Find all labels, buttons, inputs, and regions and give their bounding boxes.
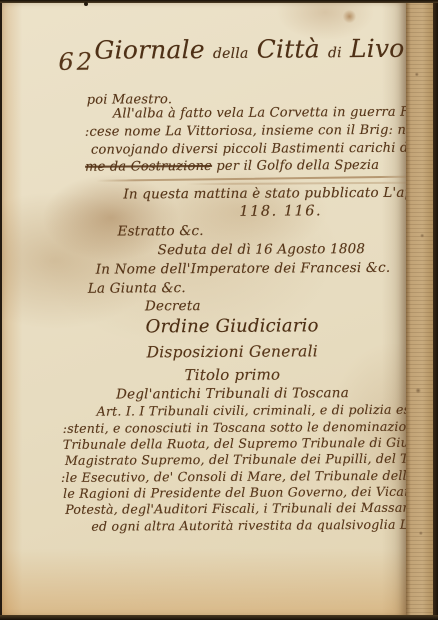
- article-line: :stenti, e conosciuti in Toscana sotto l…: [63, 419, 436, 436]
- heading-ordine-giudiciario: Ordine Giudiciario: [72, 315, 392, 338]
- publication-line: In questa mattina è stato pubblicato L'a…: [123, 185, 430, 203]
- heading-disposizioni-generali: Disposizioni Generali: [72, 342, 392, 362]
- photo-edge-top: [0, 0, 438, 3]
- book-fore-edge-pages: [406, 0, 433, 620]
- ink-speck: [84, 2, 88, 6]
- article-line: Tribunale della Ruota, del Supremo Tribu…: [63, 434, 438, 452]
- article-line: Art. I. I Tribunali civili, criminali, e…: [97, 402, 419, 419]
- photo-edge-bottom: [0, 615, 438, 620]
- title-word: Città: [257, 34, 320, 63]
- entry-line-struck: me da Costruzione per il Golfo della Spe…: [85, 158, 379, 175]
- giunta-line: La Giunta &c.: [88, 280, 186, 297]
- book-cover-edge: [433, 0, 438, 620]
- title-word: della: [213, 46, 249, 62]
- article-line: le Ragioni di Presidente del Buon Govern…: [63, 484, 438, 501]
- article-line: Potestà, degl'Auditori Fiscali, i Tribun…: [65, 500, 411, 517]
- title-word: Giornale: [94, 35, 205, 65]
- struck-text: me da Costruzione: [85, 159, 212, 175]
- title-word: di: [328, 45, 342, 61]
- heading-titolo-primo: Titolo primo: [72, 365, 392, 385]
- estratto-line: Estratto &c.: [117, 223, 203, 240]
- seduta-date-line: Seduta del dì 16 Agosto 1808: [158, 241, 366, 258]
- entry-line: All'alba à fatto vela La Corvetta in gue…: [113, 105, 437, 122]
- article-line: Magistrato Supremo, del Tribunale dei Pu…: [65, 450, 438, 467]
- entry-line: :cese nome La Vittoriosa, insieme con il…: [85, 123, 435, 140]
- page-number: 62: [58, 48, 95, 76]
- article-line: :le Esecutivo, de' Consoli di Mare, del …: [61, 467, 438, 484]
- reference-numbers: 118. 116.: [239, 203, 322, 220]
- decreta-line: Decreta: [145, 298, 201, 314]
- entry-line: convojando diversi piccoli Bastimenti ca…: [91, 140, 438, 157]
- journal-title: Giornale della Città di Livorno: [94, 34, 438, 65]
- manuscript-page: 62 Giornale della Città di Livorno poi M…: [2, 3, 406, 616]
- ruled-line: [96, 176, 418, 182]
- book-photo: 62 Giornale della Città di Livorno poi M…: [0, 0, 438, 620]
- handwritten-text-layer: 62 Giornale della Città di Livorno poi M…: [0, 2, 408, 617]
- entry-line-rest: per il Golfo della Spezia: [212, 158, 379, 174]
- in-nome-line: In Nome dell'Imperatore dei Francesi &c.: [96, 260, 391, 278]
- article-line: ed ogni altra Autorità rivestita da qual…: [91, 517, 438, 534]
- heading-tribunali-toscana: Degl'antichi Tribunali di Toscana: [72, 385, 392, 403]
